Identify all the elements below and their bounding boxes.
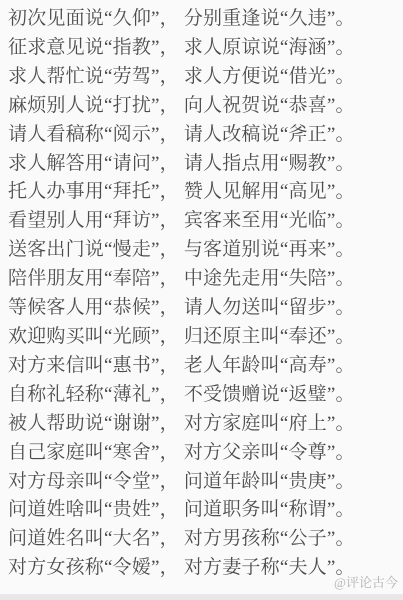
watermark: @评论古今 — [334, 572, 398, 591]
bottom-edge — [0, 594, 403, 600]
phrase-line: 问道姓名叫“大名”， 对方男孩称“公子”。 — [8, 525, 403, 554]
phrase-line: 对方来信叫“惠书”， 老人年龄叫“高寿”。 — [8, 352, 403, 381]
phrase-line: 求人解答用“请问”， 请人指点用“赐教”。 — [8, 150, 403, 179]
phrase-line: 对方母亲叫“令堂”， 问道年龄叫“贵庚”。 — [8, 468, 403, 497]
phrase-line: 自己家庭叫“寒舍”， 对方父亲叫“令尊”。 — [8, 439, 403, 468]
phrase-line: 看望别人用“拜访”， 宾客来至用“光临”。 — [8, 207, 403, 236]
courtesy-phrases-image: 初次见面说“久仰”， 分别重逢说“久违”。 征求意见说“指教”， 求人原谅说“海… — [0, 0, 403, 600]
phrase-line: 欢迎购买叫“光顾”， 归还原主叫“奉还”。 — [8, 323, 403, 352]
phrase-line: 自称礼轻称“薄礼”， 不受馈赠说“返璧”。 — [8, 381, 403, 410]
phrase-line: 征求意见说“指教”， 求人原谅说“海涵”。 — [8, 34, 403, 63]
phrase-line: 初次见面说“久仰”， 分别重逢说“久违”。 — [8, 5, 403, 34]
phrase-line: 等候客人用“恭候”， 请人勿送叫“留步”。 — [8, 294, 403, 323]
phrase-line: 求人帮忙说“劳驾”， 求人方便说“借光”。 — [8, 63, 403, 92]
phrase-line: 被人帮助说“谢谢”， 对方家庭叫“府上”。 — [8, 410, 403, 439]
phrase-line: 送客出门说“慢走”， 与客道别说“再来”。 — [8, 236, 403, 265]
phrase-line: 陪伴朋友用“奉陪”， 中途先走用“失陪”。 — [8, 265, 403, 294]
phrase-list: 初次见面说“久仰”， 分别重逢说“久违”。 征求意见说“指教”， 求人原谅说“海… — [8, 5, 403, 583]
phrase-line: 问道姓啥叫“贵姓”， 问道职务叫“称谓”。 — [8, 496, 403, 525]
phrase-line: 托人办事用“拜托”， 赞人见解用“高见”。 — [8, 178, 403, 207]
phrase-line: 麻烦别人说“打扰”， 向人祝贺说“恭喜”。 — [8, 92, 403, 121]
phrase-line: 请人看稿称“阅示”， 请人改稿说“斧正”。 — [8, 121, 403, 150]
